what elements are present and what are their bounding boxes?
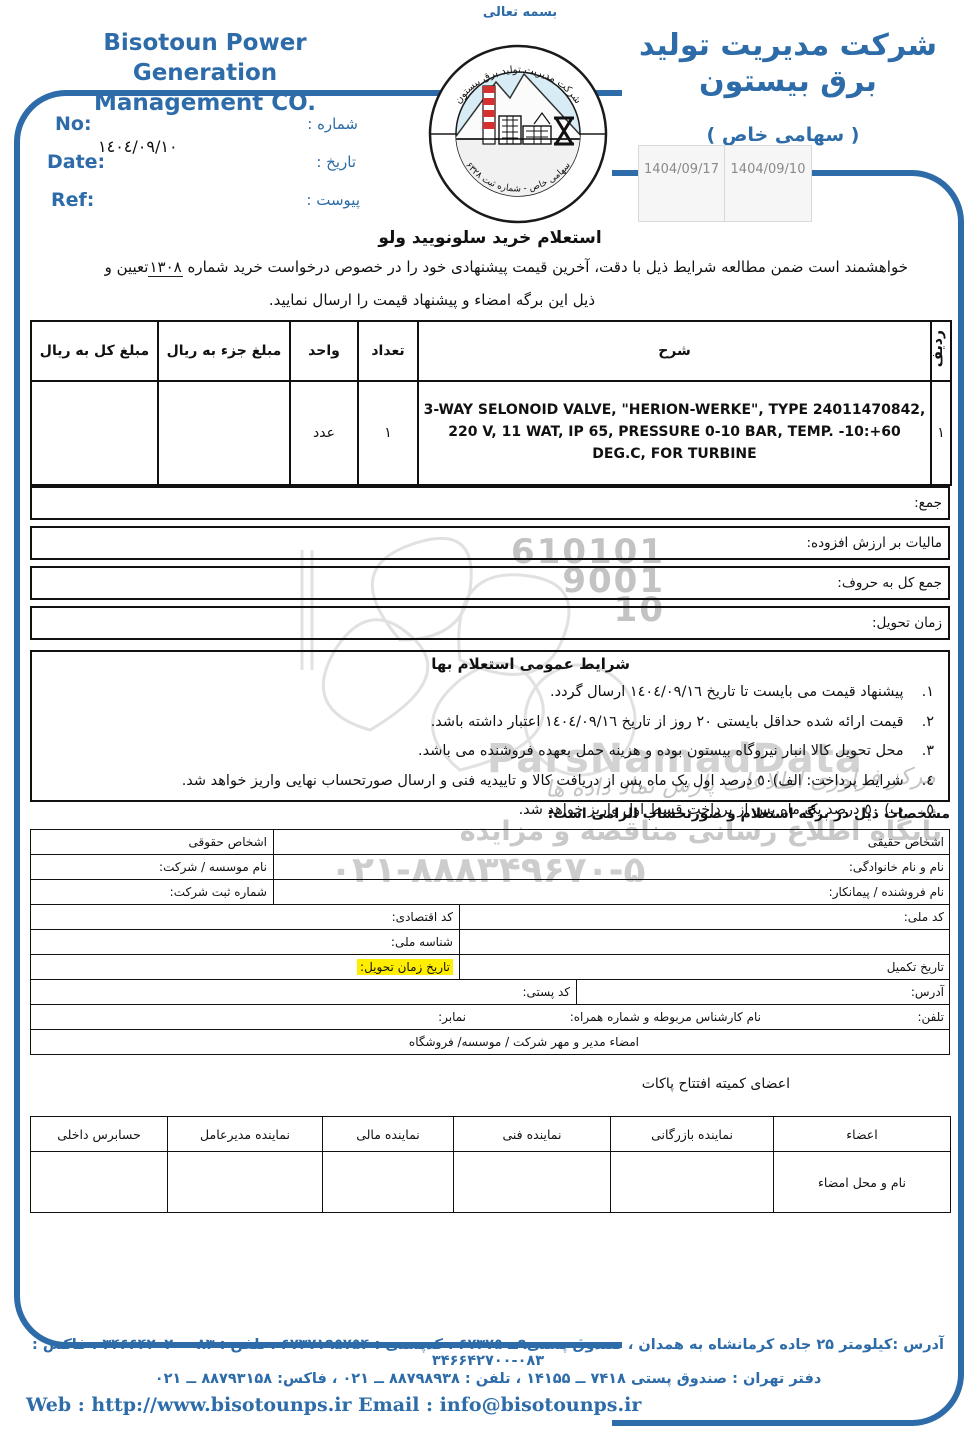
sign-cell (323, 1152, 454, 1213)
sign-cell (454, 1152, 611, 1213)
spec-row-signature: امضاء مدیر و مهر شرکت / موسسه/ فروشگاه (31, 1030, 949, 1054)
company-logo: شرکت مدیریت تولید برق بیستون سهامی خاص -… (426, 42, 610, 226)
committee-signature-row: نام و محل امضاء (31, 1152, 951, 1213)
company-name-english: Bisotoun Power Generation Management CO. (40, 28, 370, 118)
request-number: ١٣٠٨ (148, 258, 182, 277)
footer-tehran-office-line: دفتر تهران : صندوق پستی ۷۴۱۸ ــ ۱۴۱۵۵ ، … (30, 1371, 946, 1387)
condition-item: ٢.قیمت ارائه شده حداقل بایستی ٢٠ روز از … (32, 708, 948, 738)
intro-line1: خواهشمند است ضمن مطالعه شرایط ذیل با دقت… (66, 258, 908, 276)
item-row-no: ١ (931, 381, 951, 485)
date-label: Date: (47, 151, 105, 173)
committee-header-row: اعضاء نماینده بازرگانی نماینده فنی نماین… (31, 1117, 951, 1152)
col-header-unit-price: مبلغ جزء به ریال (158, 321, 290, 381)
sign-cell-members: نام و محل امضاء (774, 1152, 951, 1213)
total-in-words-row: جمع کل به حروف: (30, 566, 950, 600)
vat-row: مالیات بر ارزش افزوده: (30, 526, 950, 560)
spec-row-national-code: کد ملی: کد اقتصادی: (31, 905, 949, 930)
col-members: اعضاء (774, 1117, 951, 1152)
handwritten-document-number: ١٤٠٤/٠٩/١٠ (98, 137, 178, 156)
col-ceo-rep: نماینده مدیرعامل (168, 1117, 323, 1152)
no-label: No: (55, 113, 92, 135)
condition-item: ٣.محل تحویل کالا انبار نیروگاه بیستون بو… (32, 737, 948, 767)
col-commercial-rep: نماینده بازرگانی (611, 1117, 774, 1152)
items-header-row: ردیف شرح تعداد واحد مبلغ جزء به ریال مبل… (31, 321, 951, 381)
item-unit-price (158, 381, 290, 485)
specs-form-table: اشخاص حقیقی اشخاص حقوقی نام و نام خانواد… (30, 829, 950, 1055)
intro-line2: ذیل این برگه امضاء و پیشنهاد قیمت را ارس… (269, 291, 595, 309)
delivery-time-label: زمان تحویل: (872, 615, 942, 631)
spec-row-national-id: شناسه ملی: (31, 930, 949, 955)
sign-cell (168, 1152, 323, 1213)
spec-row-address: آدرس: کد پستی: (31, 980, 949, 1005)
col-header-unit: واحد (290, 321, 358, 381)
col-header-quantity: تعداد (358, 321, 418, 381)
company-type-label: ( سهامی خاص ) (698, 124, 868, 146)
col-header-row-no: ردیف (931, 321, 951, 381)
committee-heading: اعضای کمیته افتتاح پاکات (642, 1076, 790, 1092)
item-unit: عدد (290, 381, 358, 485)
spec-row-seller-name: نام فروشنده / پیمانکار: شماره ثبت شرکت: (31, 880, 949, 905)
conditions-list: ١.پیشنهاد قیمت می بایست تا تاریخ ١٤٠٤/٠٩… (32, 678, 948, 826)
condition-item: ٤.شرایط پرداخت: الف)٥٠ درصد اول یک ماه پ… (32, 767, 948, 797)
item-row: ١ 3-WAY SELONOID VALVE, "HERION-WERKE", … (31, 381, 951, 485)
company-name-persian: شرکت مدیریت تولید برق بیستون (618, 28, 958, 100)
stamp-date-boxes: 1404/09/17 1404/09/10 (638, 145, 812, 222)
footer-address-line: آدرس :کیلومتر ۲۵ جاده کرمانشاه به همدان … (30, 1337, 946, 1369)
general-conditions-box: شرایط عمومی استعلام بها ١.پیشنهاد قیمت م… (30, 650, 950, 802)
spec-row-completion-date: تاریخ تکمیل تاریخ زمان تحویل: (31, 955, 949, 980)
col-header-description: شرح (418, 321, 931, 381)
col-technical-rep: نماینده فنی (454, 1117, 611, 1152)
col-financial-rep: نماینده مالی (323, 1117, 454, 1152)
spec-row-phone: تلفن: نام کارشناس مربوطه و شماره همراه: … (31, 1005, 949, 1030)
committee-table: اعضاء نماینده بازرگانی نماینده فنی نماین… (30, 1116, 951, 1213)
basmala-text: بسمه تعالی (420, 5, 620, 20)
delivery-time-row: زمان تحویل: (30, 606, 950, 640)
col-internal-auditor: حسابرس داخلی (31, 1117, 168, 1152)
no-label-fa: شماره : (307, 115, 358, 133)
ref-label: Ref: (51, 189, 94, 211)
sum-label: جمع: (914, 495, 942, 511)
vat-label: مالیات بر ارزش افزوده: (806, 535, 942, 551)
attachment-label-fa: پیوست : (306, 191, 360, 209)
stamp-date-1: 1404/09/17 (638, 145, 725, 222)
stamp-date-2: 1404/09/10 (725, 145, 812, 222)
delivery-date-highlight: تاریخ زمان تحویل: (357, 959, 453, 975)
date-label-fa: تاریخ : (316, 153, 356, 171)
conditions-heading: شرایط عمومی استعلام بها (431, 655, 630, 673)
sign-cell (611, 1152, 774, 1213)
footer-web-email: Web : http://www.bisotounps.ir Email : i… (26, 1394, 641, 1416)
document-title: استعلام خرید سلونویید ولو (30, 228, 950, 248)
item-total-price (31, 381, 158, 485)
col-header-total-price: مبلغ کل به ریال (31, 321, 158, 381)
spec-row-name: نام و نام خانوادگی: نام موسسه / شرکت: (31, 855, 949, 880)
item-description: 3-WAY SELONOID VALVE, "HERION-WERKE", TY… (418, 381, 931, 485)
sign-cell (31, 1152, 168, 1213)
spec-row-person-type: اشخاص حقیقی اشخاص حقوقی (31, 830, 949, 855)
scanned-inquiry-document: 610101 9001 10 ParsNamadData مرکز فراوری… (0, 0, 976, 1434)
item-quantity: ١ (358, 381, 418, 485)
condition-item: ١.پیشنهاد قیمت می بایست تا تاریخ ١٤٠٤/٠٩… (32, 678, 948, 708)
total-in-words-label: جمع کل به حروف: (837, 575, 942, 591)
items-table: ردیف شرح تعداد واحد مبلغ جزء به ریال مبل… (30, 320, 952, 486)
sum-row: جمع: (30, 486, 950, 520)
specs-heading: مشخصات ذیل در برگه استعلام و صورتحساب ال… (548, 806, 950, 822)
